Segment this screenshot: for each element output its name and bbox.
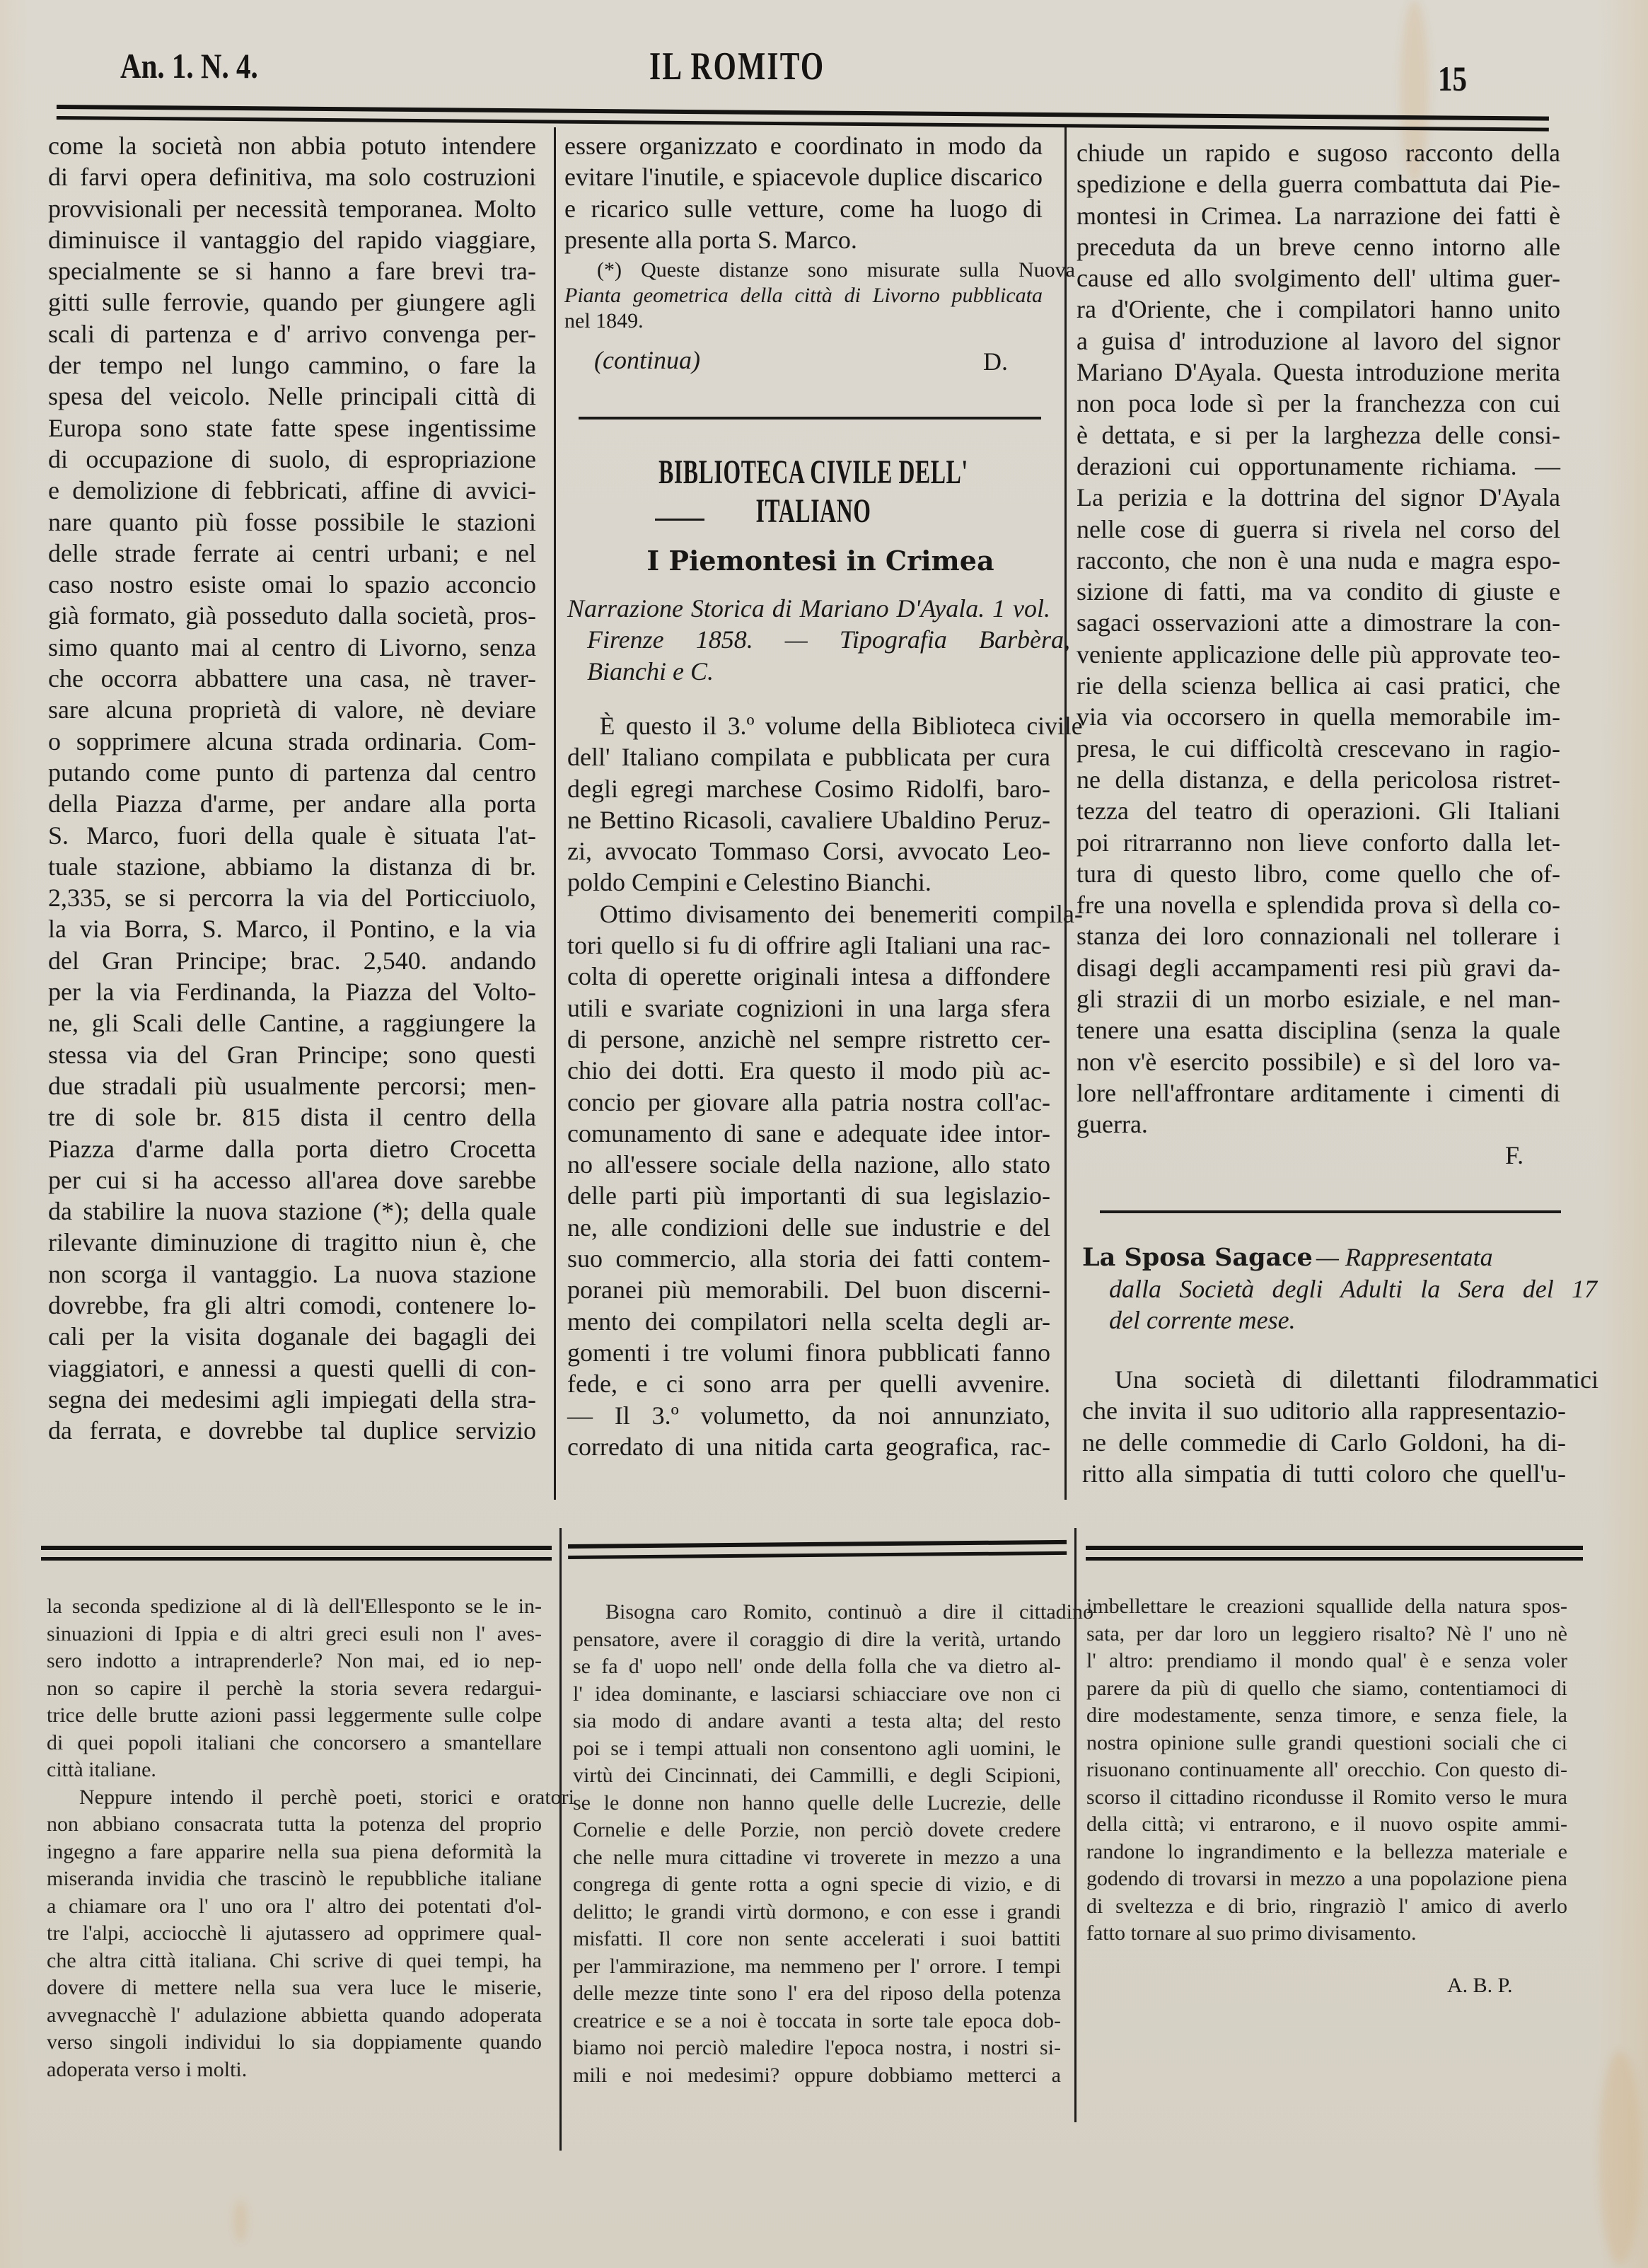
text-line: se le donne non hanno quelle delle Lucre… bbox=[573, 1790, 1061, 1817]
text-line: per cui si ha accesso all'area dove sare… bbox=[48, 1164, 536, 1196]
column-divider bbox=[554, 127, 556, 1500]
citation-line: Narrazione Storica di Mariano D'Ayala. 1… bbox=[567, 593, 1050, 624]
text-line: che nelle mura cittadine vi troverete in… bbox=[573, 1844, 1061, 1872]
text-line: fatto tornare al suo primo divisamento. bbox=[1086, 1920, 1567, 1948]
heading-ornament-rule bbox=[655, 519, 704, 521]
text-line: preceduta da un breve cenno intorno alle bbox=[1077, 231, 1560, 262]
newspaper-title: IL ROMITO bbox=[649, 44, 825, 89]
text-line: degli egregi marchese Cosimo Ridolfi, ba… bbox=[567, 773, 1050, 804]
text-line: non so capire il perchè la storia severa… bbox=[47, 1675, 542, 1703]
text-line: stanza dei loro connazionali nel tollera… bbox=[1077, 920, 1560, 951]
text-line: La perizia e la dottrina del signor D'Ay… bbox=[1077, 482, 1560, 513]
text-line: tenere una esatta disciplina (senza la q… bbox=[1077, 1014, 1560, 1046]
text-line: Neppure intendo il perchè poeti, storici… bbox=[47, 1784, 574, 1812]
text-line: putando come punto di partenza dal centr… bbox=[48, 757, 536, 788]
column-3-review: chiude un rapido e sugoso racconto della… bbox=[1077, 137, 1560, 1140]
text-line: già formato, già posseduto dalla società… bbox=[48, 600, 536, 631]
text-line: a chiamare ora l' uno ora l' altro dei p… bbox=[47, 1893, 542, 1921]
masthead-double-rule bbox=[57, 105, 1549, 121]
text-line: gomenti i tre volumi finora pubblicati f… bbox=[567, 1337, 1050, 1368]
text-line: non v'è esercito possibile) e sì del lor… bbox=[1077, 1046, 1560, 1077]
text-line: della città; vi entrarono, e il nuovo os… bbox=[1086, 1811, 1567, 1839]
section-rule bbox=[1100, 1210, 1561, 1213]
book-citation: Narrazione Storica di Mariano D'Ayala. 1… bbox=[567, 593, 1050, 687]
text-line: scorso il cittadino ricondusse il Romito… bbox=[1086, 1784, 1567, 1812]
text-line: corredato di una nitida carta geografica… bbox=[567, 1431, 1050, 1462]
text-line: dell' Italiano compilata e pubblicata pe… bbox=[567, 741, 1050, 773]
text-line: dovrebbe, fra gli altri comodi, contener… bbox=[48, 1290, 536, 1321]
theatre-notice-body: Una società di dilettanti filodrammatici… bbox=[1082, 1364, 1566, 1489]
text-line: nare quanto più fosse possibile le stazi… bbox=[48, 507, 536, 538]
text-line: specialmente se si hanno a fare brevi tr… bbox=[48, 255, 536, 287]
text-line: spedizione e della guerra combattuta dai… bbox=[1077, 168, 1560, 199]
text-line: sia modo di andare avanti a testa alta; … bbox=[573, 1708, 1061, 1735]
text-line: mento dei compilatori nella scelta degli… bbox=[567, 1306, 1050, 1337]
text-line: poi se i tempi attuali non consentono ag… bbox=[573, 1735, 1061, 1763]
text-line: miseranda invidia che trascinò le repubb… bbox=[47, 1865, 542, 1893]
text-line: essere organizzato e coordinato in modo … bbox=[564, 130, 1043, 161]
text-line: di occupazione di suolo, di espropriazio… bbox=[48, 444, 536, 475]
text-line: e ricarico sulle vetture, come ha luogo … bbox=[564, 193, 1043, 224]
text-line: due stradali più usualmente percorsi; me… bbox=[48, 1070, 536, 1101]
column-1-lower: la seconda spedizione al di là dell'Elle… bbox=[47, 1593, 542, 2083]
text-line: no all'essere sociale della nazione, all… bbox=[567, 1149, 1050, 1180]
text-line: presente alla porta S. Marco. bbox=[564, 224, 1043, 255]
text-line: ne Bettino Ricasoli, cavaliere Ubaldino … bbox=[567, 804, 1050, 835]
column-2-lower: Bisogna caro Romito, continuò a dire il … bbox=[573, 1599, 1061, 2089]
column-3-lower: imbellettare le creazioni squallide dell… bbox=[1086, 1593, 1567, 1948]
text-line: ne della distanza, e della pericolosa ri… bbox=[1077, 764, 1560, 795]
text-line: Piazza d'arme dalla porta dietro Crocett… bbox=[48, 1133, 536, 1164]
text-line: provvisionali per necessità temporanea. … bbox=[48, 193, 536, 224]
text-line: è dettata, e si per la larghezza delle c… bbox=[1077, 420, 1560, 451]
text-line: der tempo nel lungo cammino, o fare la bbox=[48, 349, 536, 381]
text-line: di quei popoli italiani che concorsero a… bbox=[47, 1730, 542, 1757]
author-signature: A. B. P. bbox=[1447, 1974, 1513, 1998]
footnote: (*) Queste distanze sono misurate sulla … bbox=[564, 258, 1043, 334]
text-line: Ottimo divisamento dei benemeriti compil… bbox=[567, 898, 1083, 930]
text-line: e demolizione di febbricati, affine di a… bbox=[48, 475, 536, 506]
text-line: evitare l'inutile, e spiacevole duplice … bbox=[564, 161, 1043, 192]
text-line: zi, avvocato Tommaso Corsi, avvocato Leo… bbox=[567, 835, 1050, 867]
author-signature: D. bbox=[983, 347, 1008, 376]
text-line: di persone, anzichè nel sempre ristretto… bbox=[567, 1024, 1050, 1055]
text-line: misfatti. Il core non sente accelerati i… bbox=[573, 1926, 1061, 1953]
text-line: ingegno a fare apparire nella sua piena … bbox=[47, 1839, 542, 1866]
text-line: viaggiatori, e annessi a questi quelli d… bbox=[48, 1353, 536, 1384]
text-line: tre l'alpi, acciocchè li ajutassero ad o… bbox=[47, 1920, 542, 1948]
article-title: I Piemontesi in Crimea bbox=[566, 545, 1075, 577]
section-double-rule bbox=[41, 1546, 552, 1550]
text-line: caso nostro esiste omai lo spazio acconc… bbox=[48, 569, 536, 600]
text-line: derazioni cui opportunamente richiama. — bbox=[1077, 451, 1560, 482]
text-line: cali per la visita doganale dei bagagli … bbox=[48, 1321, 536, 1352]
text-line: creatrice e se a noi è toccata in sorte … bbox=[573, 2008, 1061, 2035]
text-line: Una società di dilettanti filodrammatici bbox=[1082, 1364, 1598, 1395]
text-line: pensatore, avere il coraggio di dire la … bbox=[573, 1626, 1061, 1654]
text-line: chio dei dotti. Era questo il modo più a… bbox=[567, 1055, 1050, 1086]
text-line: come la società non abbia potuto intende… bbox=[48, 130, 536, 161]
text-line: o sopprimere alcuna strada ordinaria. Co… bbox=[48, 726, 536, 757]
citation-line: Bianchi e C. bbox=[567, 656, 1070, 687]
text-line: tuale stazione, abbiamo la distanza di b… bbox=[48, 851, 536, 882]
section-double-rule bbox=[568, 1540, 1067, 1549]
text-line: delitto; le grandi virtù dormono, e con … bbox=[573, 1899, 1061, 1926]
text-line: sata, per dar loro un leggiero risalto? … bbox=[1086, 1621, 1567, 1648]
text-line: presa, le cui difficoltà crescevano in r… bbox=[1077, 733, 1560, 764]
text-line: fede, e ci sono arra per quelli avvenire… bbox=[567, 1368, 1050, 1399]
text-line: da ferrata, e dovrebbe tal duplice servi… bbox=[48, 1415, 536, 1446]
text-line: che altra città italiana. Chi scrive di … bbox=[47, 1948, 542, 1975]
text-line: sagaci osservazioni atte a dimostrare la… bbox=[1077, 607, 1560, 638]
text-line: poranei più memorabili. Del buon discern… bbox=[567, 1274, 1050, 1305]
text-line: dovere di mettere nella sua vera luce le… bbox=[47, 1974, 542, 2002]
text-line: sero indotto a intraprenderle? Non mai, … bbox=[47, 1648, 542, 1675]
footnote-line: nel 1849. bbox=[564, 308, 1043, 334]
section-rule bbox=[579, 417, 1041, 420]
text-line: avvegnacchè l' adulazione abbietta quand… bbox=[47, 2002, 542, 2030]
text-line: non poca lode sì per la franchezza con c… bbox=[1077, 388, 1560, 419]
text-line: Bisogna caro Romito, continuò a dire il … bbox=[573, 1599, 1093, 1626]
text-line: per l'ammirazione, ma nemmeno per l' orr… bbox=[573, 1953, 1061, 1981]
text-line: che occorra abbattere una casa, nè trave… bbox=[48, 663, 536, 694]
text-line: Cornelie e delle Porzie, non perciò dove… bbox=[573, 1817, 1061, 1844]
text-line: mili e noi medesimi? oppure dobbiamo met… bbox=[573, 2062, 1061, 2090]
text-line: sinuazioni di Ippia e di altri greci esu… bbox=[47, 1621, 542, 1648]
text-line: da stabilire la nuova stazione (*); dell… bbox=[48, 1196, 536, 1227]
text-line: città italiane. bbox=[47, 1757, 542, 1784]
text-line: Europa sono state fatte spese ingentissi… bbox=[48, 412, 536, 444]
text-line: tori quello si fu di offrire agli Italia… bbox=[567, 930, 1050, 961]
text-line: suo commercio, alla storia dei fatti con… bbox=[567, 1243, 1050, 1274]
text-line: parere da più di quello che siamo, conte… bbox=[1086, 1675, 1567, 1703]
text-line: via via occorsero in quella memorabile i… bbox=[1077, 701, 1560, 732]
text-line: godendo di trovarsi in mezzo a una popol… bbox=[1086, 1865, 1567, 1893]
text-line: delle strade ferrate ai centri urbani; e… bbox=[48, 538, 536, 569]
text-line: montesi in Crimea. La narrazione dei fat… bbox=[1077, 200, 1560, 231]
text-line: colta di operette originali intesa a dif… bbox=[567, 961, 1050, 992]
text-line: stessa via del Gran Principe; sono quest… bbox=[48, 1039, 536, 1070]
text-line: trice delle brutte azioni passi leggerme… bbox=[47, 1702, 542, 1730]
paper-stain bbox=[233, 2200, 248, 2243]
text-line: fre una novella e splendida prova sì del… bbox=[1077, 889, 1560, 920]
text-line: verso singoli individui lo sia doppiamen… bbox=[47, 2029, 542, 2056]
text-line: guerra. bbox=[1077, 1109, 1560, 1140]
text-line: dire modestamente, senza timore, e senza… bbox=[1086, 1702, 1567, 1730]
text-line: imbellettare le creazioni squallide dell… bbox=[1086, 1593, 1567, 1621]
text-line: per la via Ferdinanda, la Piazza del Vol… bbox=[48, 976, 536, 1007]
text-line: adoperata verso i molti. bbox=[47, 2056, 542, 2084]
text-line: simo quanto mai al centro di Livorno, se… bbox=[48, 632, 536, 663]
text-line: tre di sole br. 815 dista il centro dell… bbox=[48, 1101, 536, 1133]
text-line: spesa del veicolo. Nelle principali citt… bbox=[48, 381, 536, 412]
text-line: a guisa d' introduzione al lavoro del si… bbox=[1077, 325, 1560, 357]
text-line: ne, alle condizioni delle sue industrie … bbox=[567, 1212, 1050, 1243]
column-2-article-body: È questo il 3.º volume della Biblioteca … bbox=[567, 710, 1050, 1462]
text-line: concio per giovare alla patria nostra co… bbox=[567, 1087, 1050, 1118]
text-line: rie della scienza bellica ai casi pratic… bbox=[1077, 670, 1560, 701]
text-line: delle parti più importanti di sua legisl… bbox=[567, 1180, 1050, 1211]
text-line: utili e svariate cognizioni in una larga… bbox=[567, 993, 1050, 1024]
footnote-line: Pianta geometrica della città di Livorno… bbox=[564, 283, 1043, 308]
footnote-line: (*) Queste distanze sono misurate sulla … bbox=[564, 258, 1075, 283]
text-line: cause ed allo svolgimento dell' ultima g… bbox=[1077, 262, 1560, 294]
citation-line: Firenze 1858. — Tipografia Barbèra, bbox=[567, 624, 1070, 655]
text-line: la seconda spedizione al di là dell'Elle… bbox=[47, 1593, 542, 1621]
text-line: di sveltezza e di brio, ringraziò l' ami… bbox=[1086, 1893, 1567, 1921]
text-line: gli strazii di un morbo esiziale, e nel … bbox=[1077, 983, 1560, 1014]
text-line: delle mezze tinte sono l' era del riposo… bbox=[573, 1980, 1061, 2008]
text-line: veniente applicazione delle più approvat… bbox=[1077, 639, 1560, 670]
column-divider bbox=[559, 1528, 562, 2151]
text-line: diminuisce il vantaggio del rapido viagg… bbox=[48, 224, 536, 255]
column-1-upper: come la società non abbia potuto intende… bbox=[48, 130, 536, 1446]
text-line: Mariano D'Ayala. Questa introduzione mer… bbox=[1077, 357, 1560, 388]
text-line: poi ritrarranno non lieve conforto dalla… bbox=[1077, 827, 1560, 858]
text-line: se fa d' uopo nell' onde della folla che… bbox=[573, 1653, 1061, 1681]
column-2-continuation: essere organizzato e coordinato in modo … bbox=[564, 130, 1043, 255]
text-line: segna dei medesimi agli impiegati della … bbox=[48, 1384, 536, 1415]
text-line: congrega di gente rotta a ogni specie di… bbox=[573, 1871, 1061, 1899]
text-line: S. Marco, fuori della quale è situata l'… bbox=[48, 820, 536, 851]
text-line: — Il 3.º volumetto, da noi annunziato, bbox=[567, 1400, 1050, 1431]
text-line: ritto alla simpatia di tutti coloro che … bbox=[1082, 1458, 1566, 1489]
continua-note: (continua) bbox=[594, 345, 700, 375]
text-line: poldo Cempini e Celestino Bianchi. bbox=[567, 867, 1050, 898]
text-line: del Gran Principe; brac. 2,540. andando bbox=[48, 945, 536, 976]
text-line: che invita il suo uditorio alla rapprese… bbox=[1082, 1395, 1566, 1426]
text-line: gitti sulle ferrovie, quando per giunger… bbox=[48, 287, 536, 318]
text-line: della Piazza d'arme, per andare alla por… bbox=[48, 788, 536, 819]
column-divider bbox=[1064, 127, 1067, 1500]
text-line: virtù dei Cincinnati, dei Cammilli, e de… bbox=[573, 1762, 1061, 1790]
text-line: di farvi opera definitiva, ma solo costr… bbox=[48, 161, 536, 192]
text-line: risuonano continuamente all' orecchio. C… bbox=[1086, 1757, 1567, 1784]
text-line: tezza del teatro di operazioni. Gli Ital… bbox=[1077, 795, 1560, 826]
text-line: non abbiano consacrata tutta la potenza … bbox=[47, 1811, 542, 1839]
text-line: l' altro: prendiamo il mondo qual' è e s… bbox=[1086, 1648, 1567, 1675]
text-line: sizione di fatti, ma va condito di giust… bbox=[1077, 576, 1560, 607]
notice-title: La Sposa Sagace bbox=[1082, 1243, 1313, 1272]
issue-number: An. 1. N. 4. bbox=[120, 45, 258, 86]
text-line: tura di questo libro, come quello che of… bbox=[1077, 858, 1560, 889]
text-line: chiude un rapido e sugoso racconto della bbox=[1077, 137, 1560, 168]
text-line: sare alcuna proprietà di valore, nè devi… bbox=[48, 694, 536, 725]
text-line: ne delle commedie di Carlo Goldoni, ha d… bbox=[1082, 1427, 1566, 1458]
theatre-notice: La Sposa Sagace — Rappresentata dalla So… bbox=[1082, 1241, 1570, 1336]
paper-stain bbox=[1598, 2052, 1641, 2264]
text-line: nostra opinione sulle grandi questioni s… bbox=[1086, 1730, 1567, 1757]
text-line: scali di partenza e d' arrivo convenga p… bbox=[48, 318, 536, 349]
text-line: ra d'Oriente, che i compilatori hanno un… bbox=[1077, 294, 1560, 325]
page-number: 15 bbox=[1438, 58, 1467, 99]
notice-subtitle: — Rappresentata bbox=[1316, 1243, 1493, 1271]
text-line: biamo noi perciò maledire l'epoca nostra… bbox=[573, 2035, 1061, 2062]
text-line: racconto, che non è una nuda e magra esp… bbox=[1077, 545, 1560, 576]
section-double-rule bbox=[1086, 1546, 1583, 1550]
text-line: rilevante diminuzione di tragitto niun è… bbox=[48, 1227, 536, 1258]
text-line: comunamento di sane e adequate idee into… bbox=[567, 1118, 1050, 1149]
text-line: non scorga il vantaggio. La nuova stazio… bbox=[48, 1259, 536, 1290]
notice-subtitle: del corrente mese. bbox=[1082, 1304, 1597, 1336]
text-line: lore nell'affrontare arditamente i cimen… bbox=[1077, 1077, 1560, 1109]
text-line: 2,335, se si percorra la via del Porticc… bbox=[48, 882, 536, 913]
author-signature: F. bbox=[1505, 1140, 1524, 1170]
text-line: randone lo ingrandimento e la bellezza m… bbox=[1086, 1839, 1567, 1866]
text-line: ne, gli Scali delle Cantine, a raggiunge… bbox=[48, 1007, 536, 1038]
text-line: l' idea dominante, e lasciarsi schiaccia… bbox=[573, 1681, 1061, 1708]
text-line: È questo il 3.º volume della Biblioteca … bbox=[567, 710, 1083, 741]
text-line: nelle cose di guerra si rivela nel corso… bbox=[1077, 514, 1560, 545]
text-line: la via Borra, S. Marco, il Pontino, e la… bbox=[48, 913, 536, 944]
text-line: disagi degli accampamenti resi più gravi… bbox=[1077, 952, 1560, 983]
notice-subtitle: dalla Società degli Adulti la Sera del 1… bbox=[1082, 1273, 1597, 1304]
